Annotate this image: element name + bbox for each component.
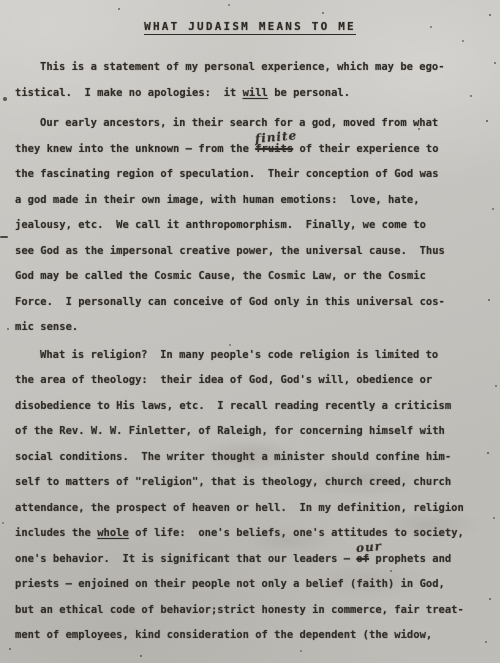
text-line: one's behavior. It is significant that o… (15, 547, 500, 573)
text-segment: This is a statement of my personal exper… (40, 61, 445, 73)
text-line: tistical. I make no apologies: it will b… (15, 81, 500, 107)
text-line: they knew into the unknown — from the fr… (15, 137, 500, 163)
text-line: social conditions. The writer thought a … (15, 445, 500, 471)
text-segment: the fascinating region of speculation. T… (15, 168, 439, 180)
text-segment: a god made in their own image, with huma… (15, 194, 420, 206)
text-segment: social conditions. The writer thought a … (15, 451, 451, 463)
text-segment: God may be called the Cosmic Cause, the … (15, 270, 426, 282)
text-line: self to matters of "religion", that is t… (15, 470, 500, 496)
text-segment: priests — enjoined on their people not o… (15, 578, 445, 590)
text-segment: Force. I personally can conceive of God … (15, 296, 445, 308)
text-line: the area of theology: their idea of God,… (15, 368, 500, 394)
text-segment: tistical. I make no apologies: it (15, 87, 243, 99)
text-line: ment of employees, kind consideration of… (15, 623, 500, 649)
text-segment: attendance, the prospect of heaven or he… (15, 502, 464, 514)
paragraph: Our early ancestors, in their search for… (15, 111, 500, 341)
text-line: This is a statement of my personal exper… (15, 55, 500, 81)
text-line: attendance, the prospect of heaven or he… (15, 496, 500, 522)
text-line: see God as the impersonal creative power… (15, 239, 500, 265)
text-segment: see God as the impersonal creative power… (15, 245, 445, 257)
text-segment: What is religion? In many people's code … (40, 349, 438, 361)
underlined-word: will (243, 87, 268, 99)
text-segment: be personal. (268, 87, 350, 99)
text-segment: one's behavior. It is significant that o… (15, 553, 356, 565)
text-line: priests — enjoined on their people not o… (15, 572, 500, 598)
text-segment: of the Rev. W. W. Finletter, of Raleigh,… (15, 425, 445, 437)
text-line: of the Rev. W. W. Finletter, of Raleigh,… (15, 419, 500, 445)
text-line: God may be called the Cosmic Cause, the … (15, 264, 500, 290)
paragraph: This is a statement of my personal exper… (15, 55, 500, 106)
struck-word: fruitsfinite (255, 143, 293, 155)
text-line: the fascinating region of speculation. T… (15, 162, 500, 188)
text-segment: disobedience to His laws, etc. I recall … (15, 400, 451, 412)
text-segment: includes the (15, 527, 97, 539)
text-segment: prophets and (369, 553, 451, 565)
text-line: includes the whole of life: one's belief… (15, 521, 500, 547)
paragraph: What is religion? In many people's code … (15, 343, 500, 649)
text-segment: but an ethical code of behavior;strict h… (15, 604, 464, 616)
text-segment: Our early ancestors, in their search for… (40, 117, 438, 129)
text-segment: of life: one's beliefs, one's attitudes … (129, 527, 464, 539)
text-segment: self to matters of "religion", that is t… (15, 476, 451, 488)
text-line: disobedience to His laws, etc. I recall … (15, 394, 500, 420)
text-segment: jealousy, etc. We call it anthropomorphi… (15, 219, 426, 231)
text-segment: the area of theology: their idea of God,… (15, 374, 432, 386)
document-body: This is a statement of my personal exper… (0, 55, 500, 649)
handwritten-correction: our (356, 539, 383, 553)
text-line: What is religion? In many people's code … (15, 343, 500, 369)
text-line: but an ethical code of behavior;strict h… (15, 598, 500, 624)
text-segment: ment of employees, kind consideration of… (15, 629, 432, 641)
document-title-text: WHAT JUDAISM MEANS TO ME (144, 20, 356, 35)
text-line: a god made in their own image, with huma… (15, 188, 500, 214)
text-segment: mic sense. (15, 321, 78, 333)
handwritten-correction: finite (255, 129, 298, 145)
text-segment: of their experience to (293, 143, 438, 155)
text-line: Force. I personally can conceive of God … (15, 290, 500, 316)
text-segment: they knew into the unknown — from the (15, 143, 255, 155)
text-line: jealousy, etc. We call it anthropomorphi… (15, 213, 500, 239)
document-title: WHAT JUDAISM MEANS TO ME (0, 0, 500, 35)
struck-word: ofour (356, 553, 369, 565)
text-line: mic sense. (15, 315, 500, 341)
document-page: WHAT JUDAISM MEANS TO ME This is a state… (0, 0, 500, 663)
underlined-word: whole (97, 527, 129, 539)
